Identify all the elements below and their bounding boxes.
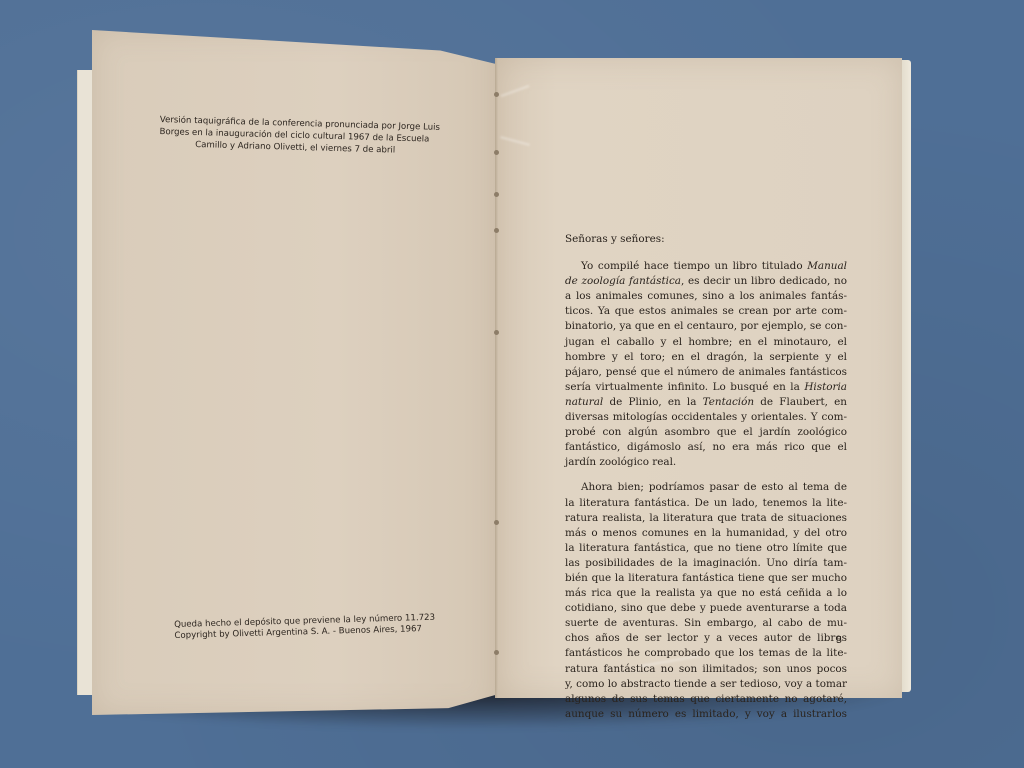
photo-scene: Versión taquigráfica de la conferencia p… (0, 0, 1024, 768)
staple-stitch (494, 650, 499, 655)
text-line: natural de Plinio, en la Tentación de Fl… (565, 395, 847, 410)
book-title: Manual (807, 260, 847, 272)
text-line: ratura realista, la literatura que trata… (565, 511, 847, 526)
staple-stitch (494, 520, 499, 525)
text-line: aunque su número es limitado, y voy a il… (565, 707, 847, 722)
text-line: ratura fantástica no son ilimitados; son… (565, 662, 847, 677)
text-line: de zoología fantástica, es decir un libr… (565, 274, 847, 289)
text-line: cotidiano, sino que debe y puede aventur… (565, 601, 847, 616)
text-line: fantástico, digámoslo así, no era más ri… (565, 440, 847, 455)
text-line: Yo compilé hace tiempo un libro titulado… (565, 259, 847, 274)
text-line: binatorio, ya que en el centauro, por ej… (565, 319, 847, 334)
staple-stitch (494, 330, 499, 335)
book-title: Historia (804, 381, 847, 393)
text-line: probé con algún asombro que el jardín zo… (565, 425, 847, 440)
staple-stitch (494, 192, 499, 197)
text-line: a los animales comunes, sino a los anima… (565, 289, 847, 304)
text-line: chos años de ser lector y a veces autor … (565, 631, 847, 646)
text-line: Ahora bien; podríamos pasar de esto al t… (565, 480, 847, 495)
page-number: 5 (836, 634, 842, 646)
text-line: jardín zoológico real. (565, 455, 847, 470)
text-line: y, como lo abstracto tiende a ser tedios… (565, 677, 847, 692)
text-line: sería virtualmente infinito. Lo busqué e… (565, 380, 847, 395)
text-line: más rica que la realista ya que no está … (565, 586, 847, 601)
text-line: la literatura fantástica, que no tiene o… (565, 541, 847, 556)
staple-stitch (494, 150, 499, 155)
text-line: las posibilidades de la imaginación. Uno… (565, 556, 847, 571)
paragraph-1: Yo compilé hace tiempo un libro titulado… (565, 259, 847, 470)
text-line: algunos de sus temas que ciertamente no … (565, 692, 847, 707)
book-title: natural (565, 396, 603, 408)
salutation: Señoras y señores: (565, 232, 847, 247)
text-line: bién que la literatura fantástica tiene … (565, 571, 847, 586)
lecture-text: Señoras y señores: Yo compilé hace tiemp… (565, 232, 847, 732)
text-line: más o menos comunes en la humanidad, y d… (565, 526, 847, 541)
text-line: jugan el caballo y el hombre; en el mino… (565, 335, 847, 350)
text-line: la literatura fantástica. De un lado, te… (565, 496, 847, 511)
text-line: hombre y el toro; en el dragón, la serpi… (565, 350, 847, 365)
paragraph-2: Ahora bien; podríamos pasar de esto al t… (565, 480, 847, 722)
text-line: pájaro, pensé que el número de animales … (565, 365, 847, 380)
staple-stitch (494, 92, 499, 97)
text-line: fantásticos he comprobado que los temas … (565, 646, 847, 661)
staple-stitch (494, 228, 499, 233)
text-line: suerte de aventuras. Sin embargo, al cab… (565, 616, 847, 631)
book-title: de zoología fantástica (565, 275, 681, 287)
text-line: ticos. Ya que estos animales se crean po… (565, 304, 847, 319)
text-line: diversas mitologías occidentales y orien… (565, 410, 847, 425)
book-title: Tentación (703, 396, 754, 408)
